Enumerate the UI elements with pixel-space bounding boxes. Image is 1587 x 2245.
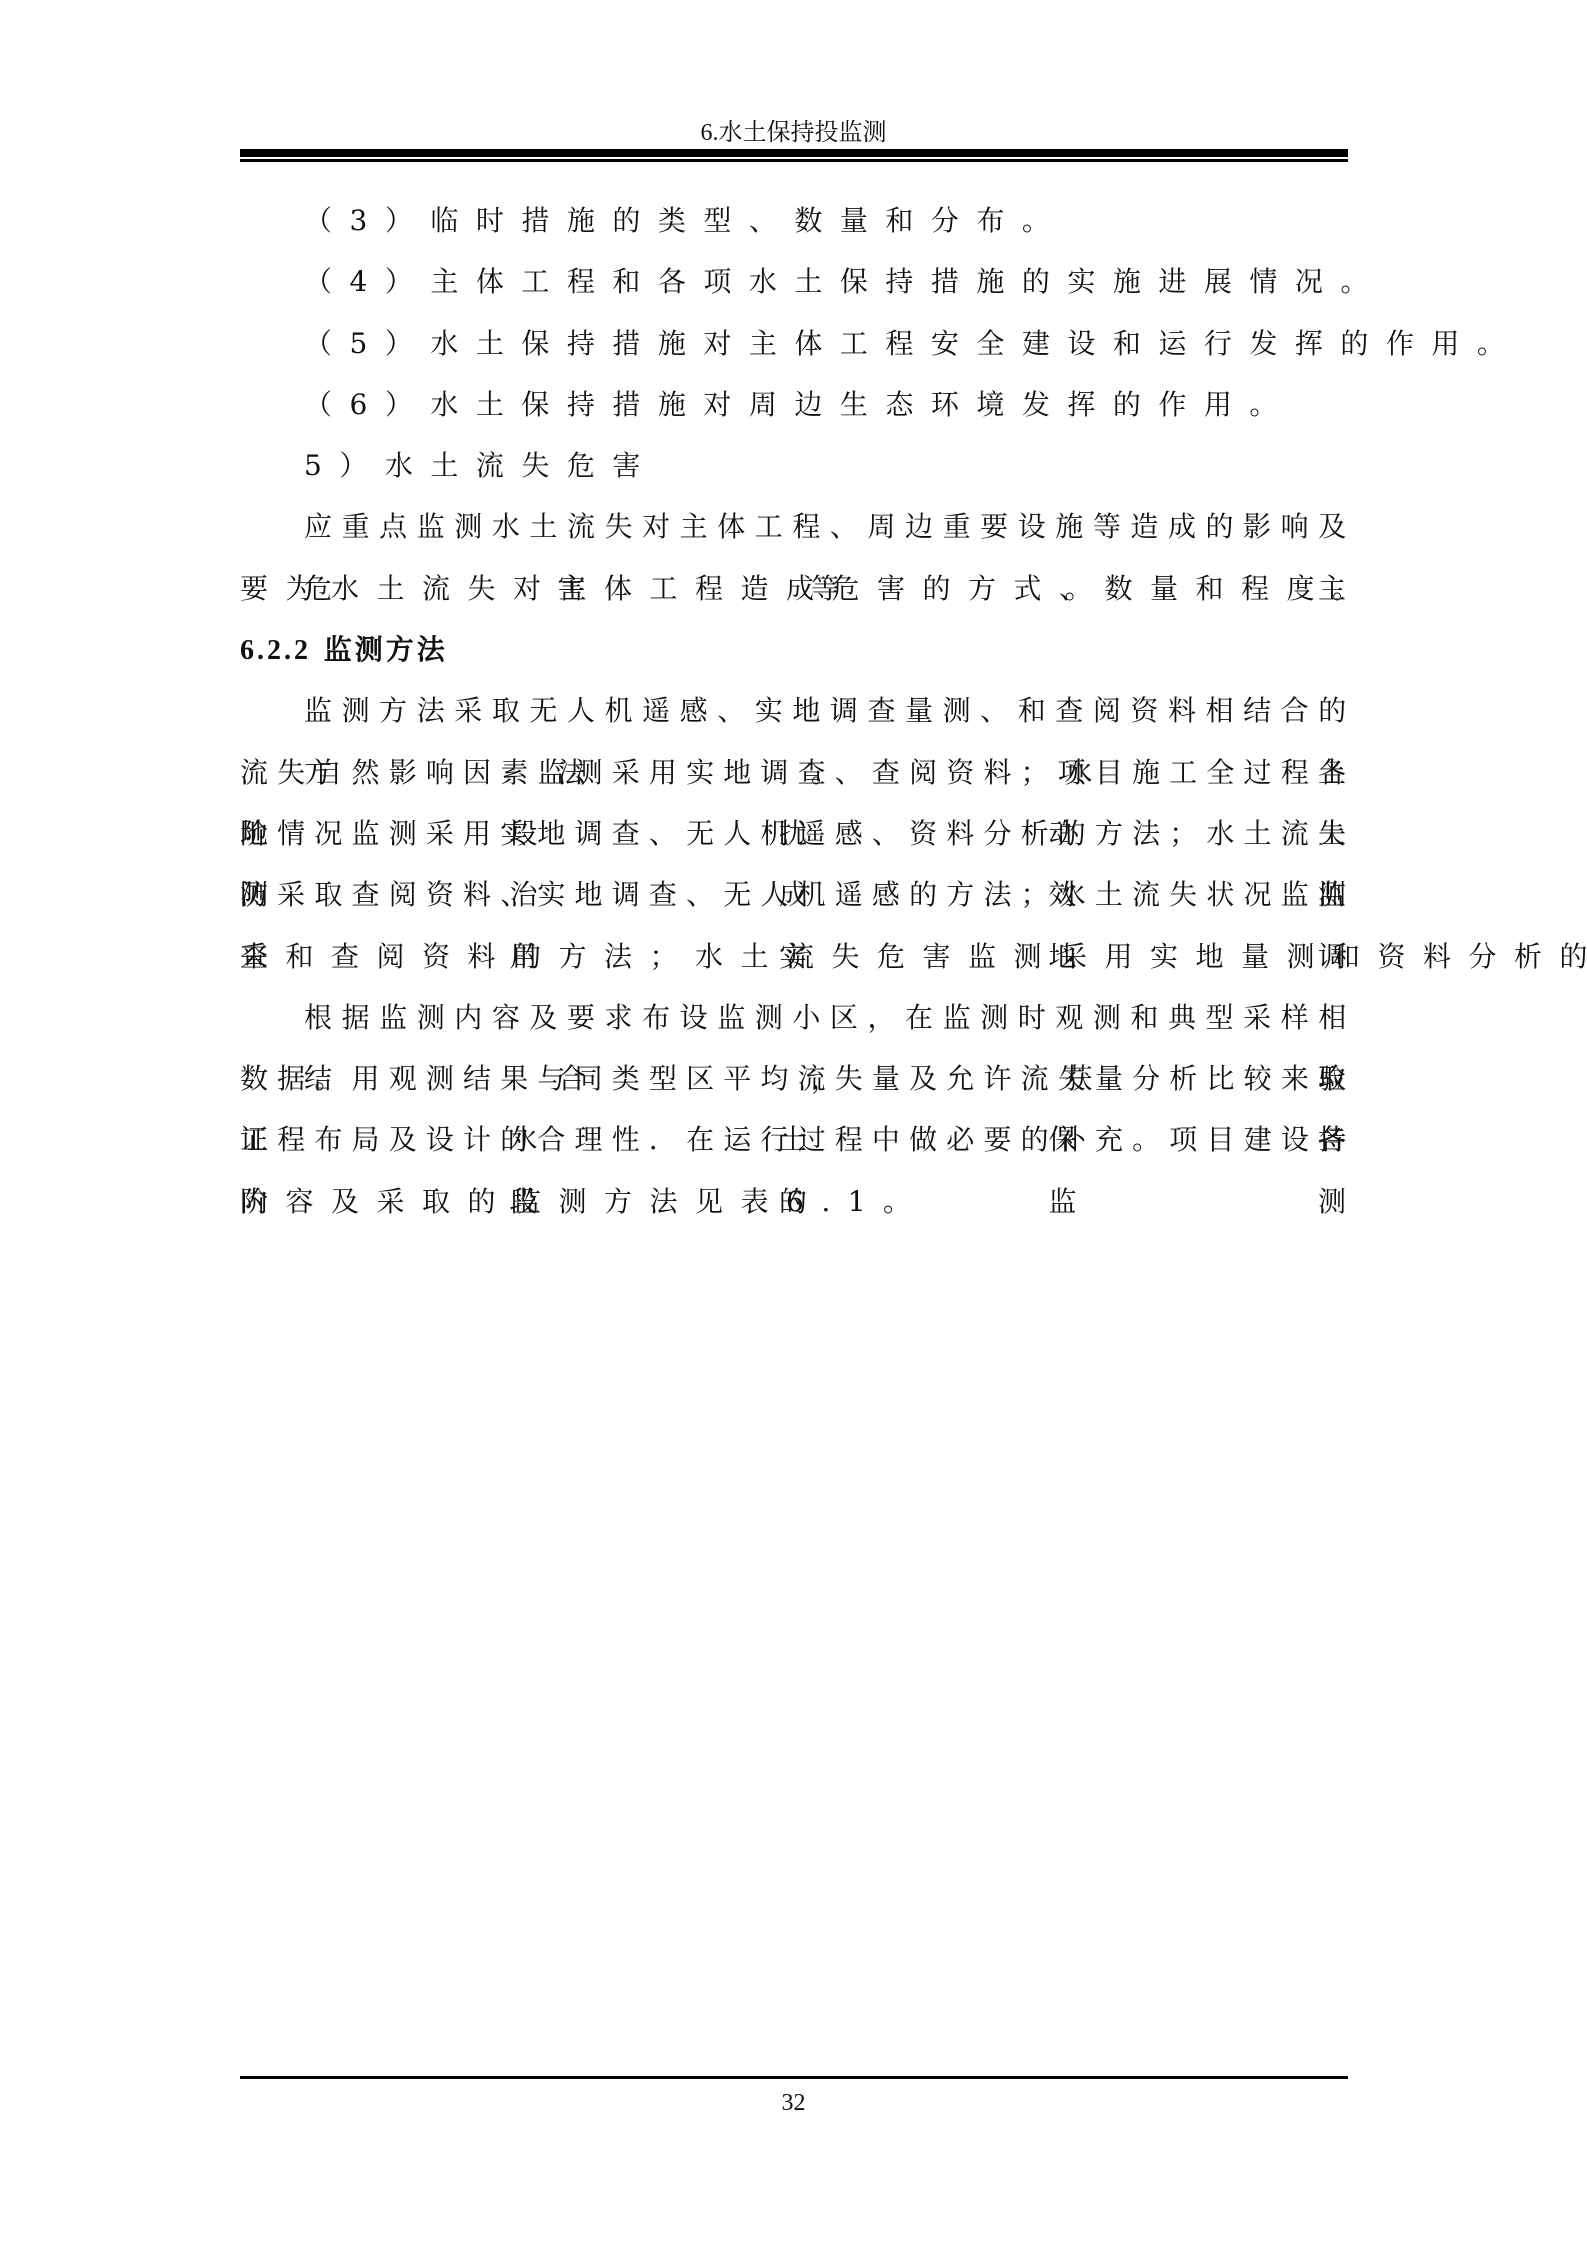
paragraph-line: 工 程 布 局 及 设 计 的 合 理 性 ． 在 运 行 过 程 中 做 必 …: [240, 1109, 1346, 1170]
header-rule-thick: [240, 149, 1348, 157]
list-item: （3）临时措施的类型、数量和分布。: [240, 190, 1346, 251]
list-item: （6）水土保持措施对周边生态环境发挥的作用。: [240, 374, 1346, 435]
section-title: 监测方法: [324, 633, 448, 666]
subsection-title: 5）水土流失危害: [240, 435, 1346, 496]
running-header-title: 6.水土保持投监测: [0, 112, 1587, 147]
list-item: （4）主体工程和各项水土保持措施的实施进展情况。: [240, 251, 1346, 312]
page-number: 32: [0, 2090, 1587, 2117]
section-heading: 6.2.2 监测方法: [240, 619, 1346, 680]
paragraph-line: 流 失 自 然 影 响 因 素 监 测 采 用 实 地 调 查 、 查 阅 资 …: [240, 742, 1346, 803]
section-number: 6.2.2: [240, 635, 311, 666]
paragraph-line: 根 据 监 测 内 容 及 要 求 布 设 监 测 小 区 ， 在 监 测 时 …: [240, 987, 1346, 1048]
list-item: （5）水土保持措施对主体工程安全建设和运行发挥的作用。: [240, 313, 1346, 374]
paragraph-line: 数 据 。 用 观 测 结 果 与 同 类 型 区 平 均 流 失 量 及 允 …: [240, 1048, 1346, 1109]
footer-rule: [240, 2076, 1348, 2079]
paragraph-line: 测 采 取 查 阅 资 料 、 实 地 调 查 、 无 人 机 遥 感 的 方 …: [240, 864, 1346, 925]
paragraph-line: 地 情 况 监 测 采 用 实 地 调 查 、 无 人 机 遥 感 、 资 料 …: [240, 803, 1346, 864]
header-rule-thin: [240, 159, 1348, 162]
paragraph-line: 要为水土流失对主体工程造成危害的方式、数量和程度。: [240, 558, 1346, 619]
paragraph-line: 应 重 点 监 测 水 土 流 失 对 主 体 工 程 、 周 边 重 要 设 …: [240, 496, 1346, 557]
page-body: （3）临时措施的类型、数量和分布。 （4）主体工程和各项水土保持措施的实施进展情…: [240, 190, 1346, 1232]
paragraph-line: 查和查阅资料的方法；水土流失危害监测采用实地量测和资料分析的方法。: [240, 926, 1346, 987]
paragraph-line: 监 测 方 法 采 取 无 人 机 遥 感 、 实 地 调 查 量 测 、 和 …: [240, 680, 1346, 741]
